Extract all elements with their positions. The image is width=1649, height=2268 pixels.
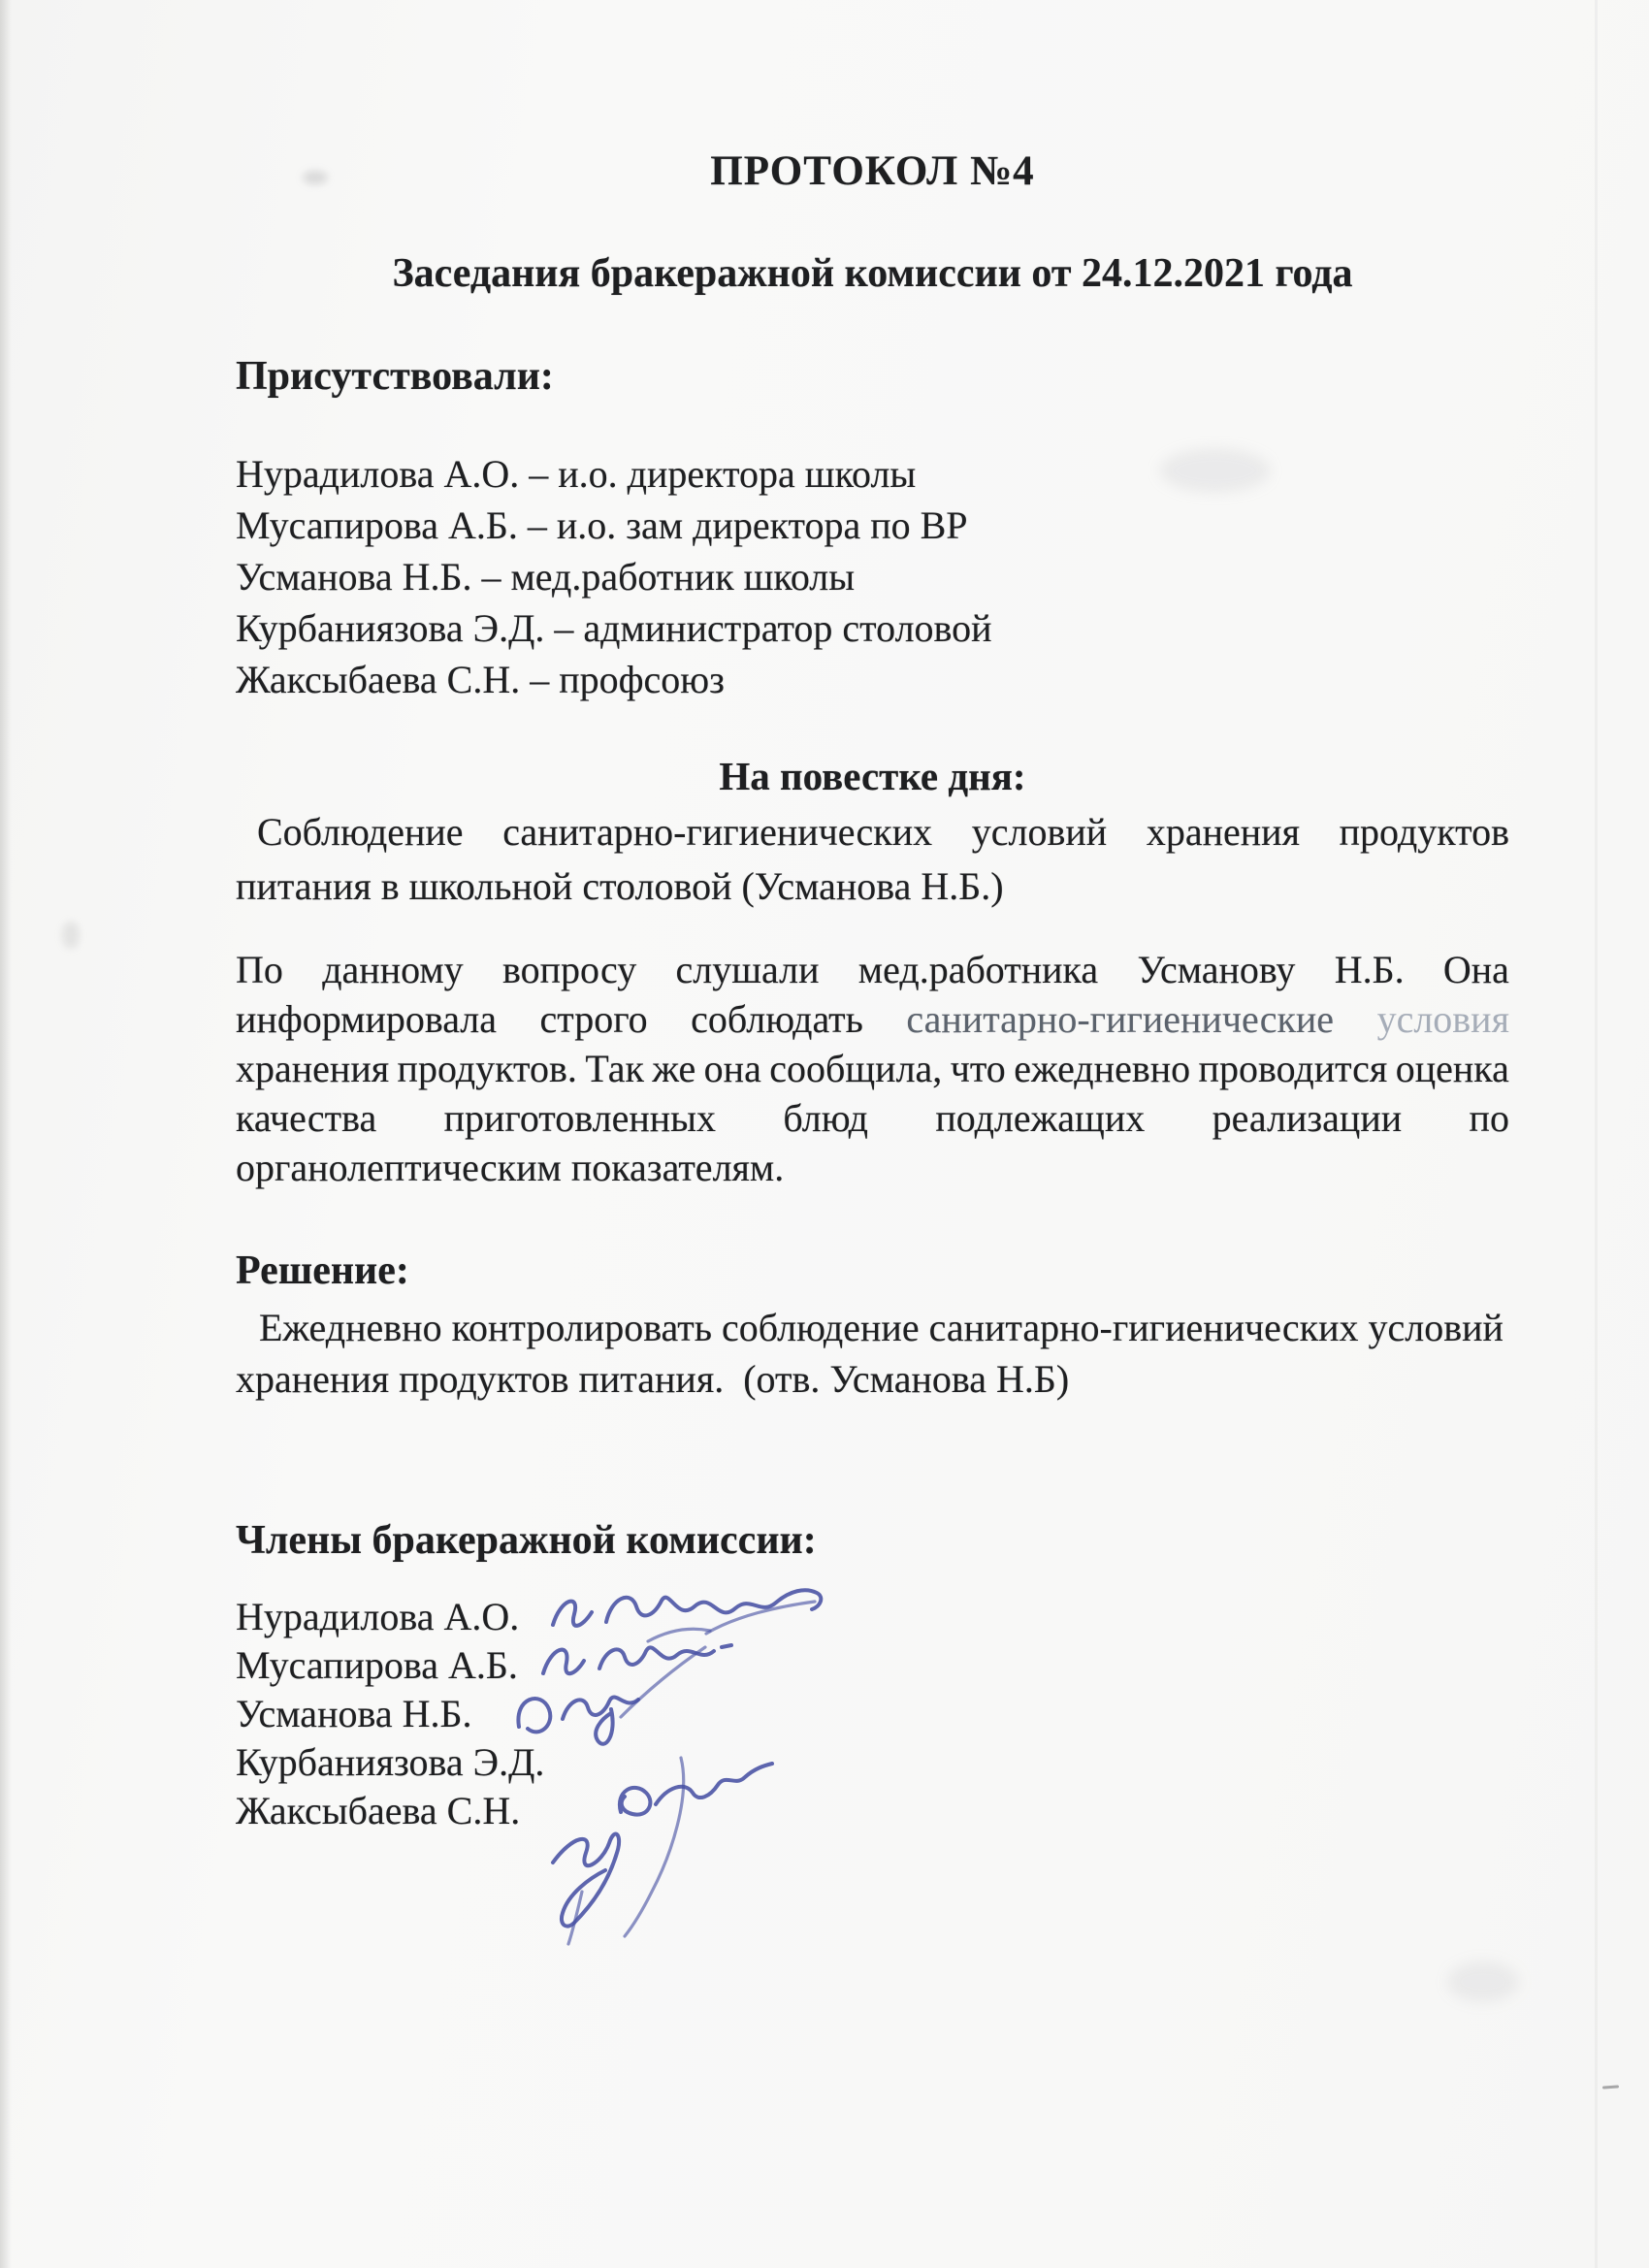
word: условия bbox=[1377, 994, 1509, 1044]
word: санитарно-гигиенических bbox=[502, 805, 932, 859]
word: оценка bbox=[1396, 1044, 1509, 1093]
word: она bbox=[704, 1044, 761, 1093]
scanned-protocol-page: ПРОТОКОЛ №4 Заседания бракеражной комисс… bbox=[0, 0, 1649, 2268]
word: условий bbox=[972, 805, 1107, 859]
discussion-line-3: храненияпродуктов.Такжеонасообщила,чтоеж… bbox=[236, 1044, 1509, 1093]
word: Так bbox=[585, 1044, 644, 1093]
document-subtitle: Заседания бракеражной комиссии от 24.12.… bbox=[236, 250, 1509, 297]
word: проводится bbox=[1199, 1044, 1388, 1093]
attendee-line: Курбаниязова Э.Д. – администратор столов… bbox=[236, 602, 1509, 654]
discussion-line-5: органолептическим показателям. bbox=[236, 1143, 1509, 1192]
word: Н.Б. bbox=[1335, 945, 1405, 994]
signature-stroke bbox=[648, 1629, 710, 1641]
signature-stroke bbox=[620, 1764, 772, 1815]
agenda-line-2: питания в школьной столовой (Усманова Н.… bbox=[236, 859, 1509, 914]
attendee-line: Мусапирова А.Б. – и.о. зам директора по … bbox=[236, 500, 1509, 551]
discussion-paragraph: Поданномувопросуслушалимед.работникаУсма… bbox=[236, 945, 1509, 1192]
scan-fold-line bbox=[1595, 0, 1598, 2268]
word: санитарно-гигиенические bbox=[906, 994, 1334, 1044]
signature-stroke bbox=[553, 1834, 619, 1927]
signature-stroke bbox=[625, 1758, 684, 1936]
word: По bbox=[236, 945, 283, 994]
word: строго bbox=[540, 994, 648, 1044]
scan-edge-shadow bbox=[0, 0, 12, 2268]
decision-line: Ежедневно контролировать соблюдение сани… bbox=[236, 1302, 1509, 1353]
word: хранения bbox=[1147, 805, 1300, 859]
handwritten-signatures bbox=[475, 1571, 941, 1950]
decision-line: хранения продуктов питания. (отв. Усмано… bbox=[236, 1353, 1509, 1405]
attendee-line: Усманова Н.Б. – мед.работник школы bbox=[236, 551, 1509, 602]
agenda-heading: На повестке дня: bbox=[236, 753, 1509, 799]
scan-smudge bbox=[1447, 1961, 1519, 2002]
members-heading: Члены бракеражной комиссии: bbox=[236, 1517, 1509, 1564]
word: реализации bbox=[1212, 1093, 1403, 1143]
attendee-line: Жаксыбаева С.Н. – профсоюз bbox=[236, 654, 1509, 705]
agenda-paragraph: Соблюдениесанитарно-гигиеническихусловий… bbox=[236, 805, 1509, 914]
word: Соблюдение bbox=[257, 805, 464, 859]
word: Усманову bbox=[1137, 945, 1295, 994]
word: соблюдать bbox=[691, 994, 863, 1044]
word: по bbox=[1470, 1093, 1509, 1143]
attendees-list: Нурадилова А.О. – и.о. директора школыМу… bbox=[236, 448, 1509, 705]
word: данному bbox=[322, 945, 463, 994]
word: приготовленных bbox=[444, 1093, 716, 1143]
word: блюд bbox=[783, 1093, 868, 1143]
word: вопросу bbox=[502, 945, 636, 994]
word: Она bbox=[1443, 945, 1509, 994]
word: качества bbox=[236, 1093, 376, 1143]
word: же bbox=[652, 1044, 695, 1093]
decision-paragraph: Ежедневно контролировать соблюдение сани… bbox=[236, 1302, 1509, 1405]
word: подлежащих bbox=[935, 1093, 1145, 1143]
decision-heading: Решение: bbox=[236, 1247, 1509, 1294]
word: хранения bbox=[236, 1044, 389, 1093]
word: что bbox=[951, 1044, 1006, 1093]
word: ежедневно bbox=[1014, 1044, 1190, 1093]
discussion-line-2: информироваластрогособлюдатьсанитарно-ги… bbox=[236, 994, 1509, 1044]
attendees-heading: Присутствовали: bbox=[236, 353, 1509, 400]
scan-smudge bbox=[62, 922, 80, 949]
word: продуктов. bbox=[398, 1044, 577, 1093]
document-title: ПРОТОКОЛ №4 bbox=[236, 147, 1509, 195]
attendee-line: Нурадилова А.О. – и.о. директора школы bbox=[236, 448, 1509, 500]
discussion-line-4: качестваприготовленныхблюдподлежащихреал… bbox=[236, 1093, 1509, 1143]
word: информировала bbox=[236, 994, 497, 1044]
word: мед.работника bbox=[858, 945, 1098, 994]
word: продуктов bbox=[1340, 805, 1509, 859]
agenda-line-1: Соблюдениесанитарно-гигиеническихусловий… bbox=[236, 805, 1509, 859]
signature-stroke bbox=[518, 1697, 638, 1732]
scan-pen-mark bbox=[1602, 2085, 1619, 2089]
discussion-line-1: Поданномувопросуслушалимед.работникаУсма… bbox=[236, 945, 1509, 994]
word: слушали bbox=[676, 945, 820, 994]
word: сообщила, bbox=[769, 1044, 942, 1093]
